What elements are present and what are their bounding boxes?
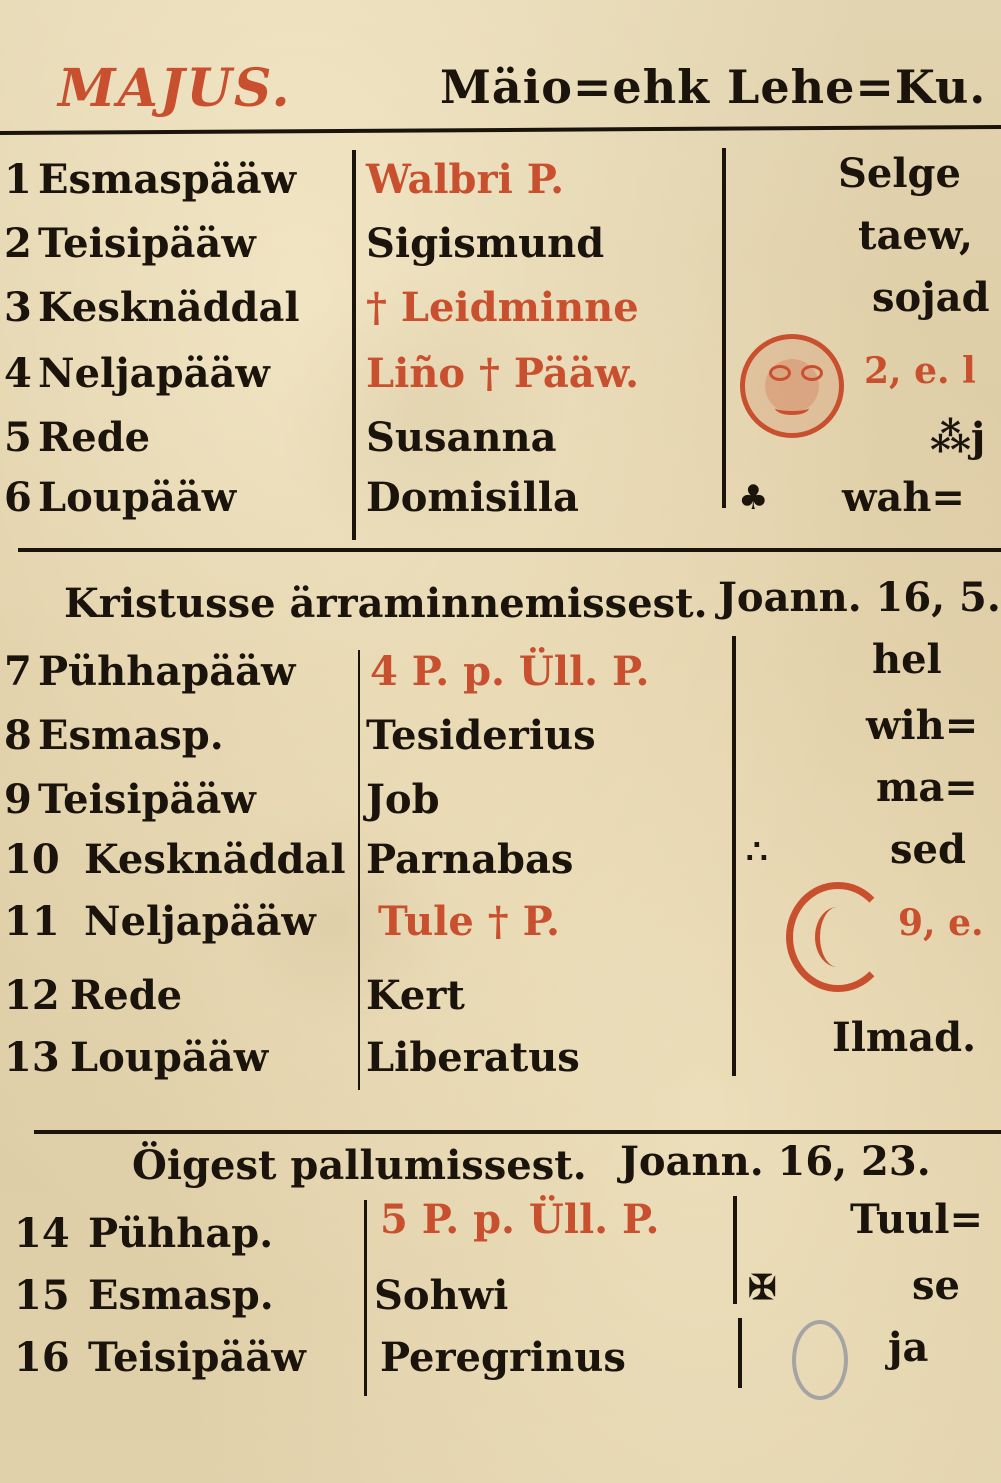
dots-symbol-icon: ∴ [746, 832, 768, 872]
day-name: Kesknäddal [84, 836, 346, 883]
weather-text: se [912, 1262, 960, 1309]
day-name: Loupääw [70, 1034, 268, 1081]
column-divider-2 [732, 636, 736, 1076]
moon-phase-label: 2, e. l [864, 350, 976, 392]
clover-icon: ♣ [738, 478, 768, 518]
month-title-latin: MAJUS. [58, 58, 292, 119]
day-number: 13 [4, 1034, 44, 1081]
weather-text: ja [888, 1324, 928, 1371]
day-name: Neljapääw [84, 898, 316, 945]
month-title-estonian: Mäio=ehk Lehe=Ku. [440, 60, 986, 114]
weather-text: sojad [872, 274, 990, 321]
gospel-reference: Joann. 16, 23. [620, 1138, 931, 1185]
column-divider-2b [738, 1318, 742, 1388]
saint-name: Liberatus [366, 1034, 580, 1081]
saint-name: † Leidminne [366, 284, 639, 331]
day-name: Neljapääw [38, 350, 270, 397]
cross-pattee-icon: ✠ [748, 1268, 777, 1308]
day-name: Teisipääw [38, 220, 256, 267]
saint-name: Peregrinus [380, 1334, 626, 1381]
day-number: 15 [14, 1272, 54, 1319]
column-divider-2 [733, 1196, 737, 1304]
week-rule-1 [18, 548, 1001, 552]
weather-text: ma= [876, 764, 978, 811]
weather-text: hel [872, 636, 942, 683]
day-number: 10 [4, 836, 44, 883]
day-number: 16 [14, 1334, 54, 1381]
column-divider-1 [352, 150, 356, 540]
saint-name: Tule † P. [378, 898, 560, 945]
saint-name: Liño † Pääw. [366, 350, 639, 397]
day-name: Rede [38, 414, 150, 461]
saint-name: Domisilla [366, 474, 579, 521]
day-name: Esmaspääw [38, 156, 296, 203]
weather-text: ⁂j [930, 414, 985, 461]
column-divider-1 [358, 650, 360, 1090]
saint-name: 4 P. p. Üll. P. [370, 648, 649, 695]
gospel-title: Kristusse ärraminnemissest. [64, 580, 708, 627]
almanac-page: MAJUS. Mäio=ehk Lehe=Ku. 1 Esmaspääw Wal… [0, 0, 1001, 1483]
saint-name: 5 P. p. Üll. P. [380, 1196, 659, 1243]
day-name: Pühhapääw [38, 648, 295, 695]
crescent-moon-icon [786, 882, 890, 992]
gospel-title: Öigest pallumissest. [132, 1142, 587, 1189]
weather-text: Selge [838, 150, 961, 197]
saint-name: Job [366, 776, 440, 823]
month-header: MAJUS. Mäio=ehk Lehe=Ku. [0, 42, 1001, 132]
saint-name: Tesiderius [366, 712, 596, 759]
weather-text: taew, [858, 212, 973, 259]
week-rule-2 [34, 1130, 1001, 1134]
weather-text: wih= [866, 702, 978, 749]
weather-text: wah= [842, 474, 965, 521]
weather-text: Tuul= [850, 1196, 983, 1243]
column-divider-1 [364, 1200, 367, 1396]
day-number: 14 [14, 1210, 54, 1257]
day-name: Loupääw [38, 474, 236, 521]
day-name: Teisipääw [38, 776, 256, 823]
saint-name: Susanna [366, 414, 557, 461]
library-stamp-mark [792, 1320, 848, 1400]
saint-name: Walbri P. [366, 156, 564, 203]
day-name: Esmasp. [88, 1272, 274, 1319]
column-divider-2 [722, 148, 726, 508]
day-number: 12 [4, 972, 44, 1019]
day-name: Teisipääw [88, 1334, 306, 1381]
weather-text: sed [890, 826, 966, 873]
saint-name: Parnabas [366, 836, 573, 883]
day-name: Kesknäddal [38, 284, 300, 331]
gospel-reference: Joann. 16, 5. [718, 574, 1001, 621]
full-moon-icon [740, 334, 844, 438]
moon-phase-label: 9, e. [898, 902, 984, 944]
day-name: Esmasp. [38, 712, 224, 759]
day-name: Rede [70, 972, 182, 1019]
saint-name: Sohwi [374, 1272, 508, 1319]
day-number: 11 [4, 898, 44, 945]
saint-name: Sigismund [366, 220, 604, 267]
saint-name: Kert [366, 972, 465, 1019]
weather-text: Ilmad. [832, 1014, 976, 1061]
day-name: Pühhap. [88, 1210, 273, 1257]
